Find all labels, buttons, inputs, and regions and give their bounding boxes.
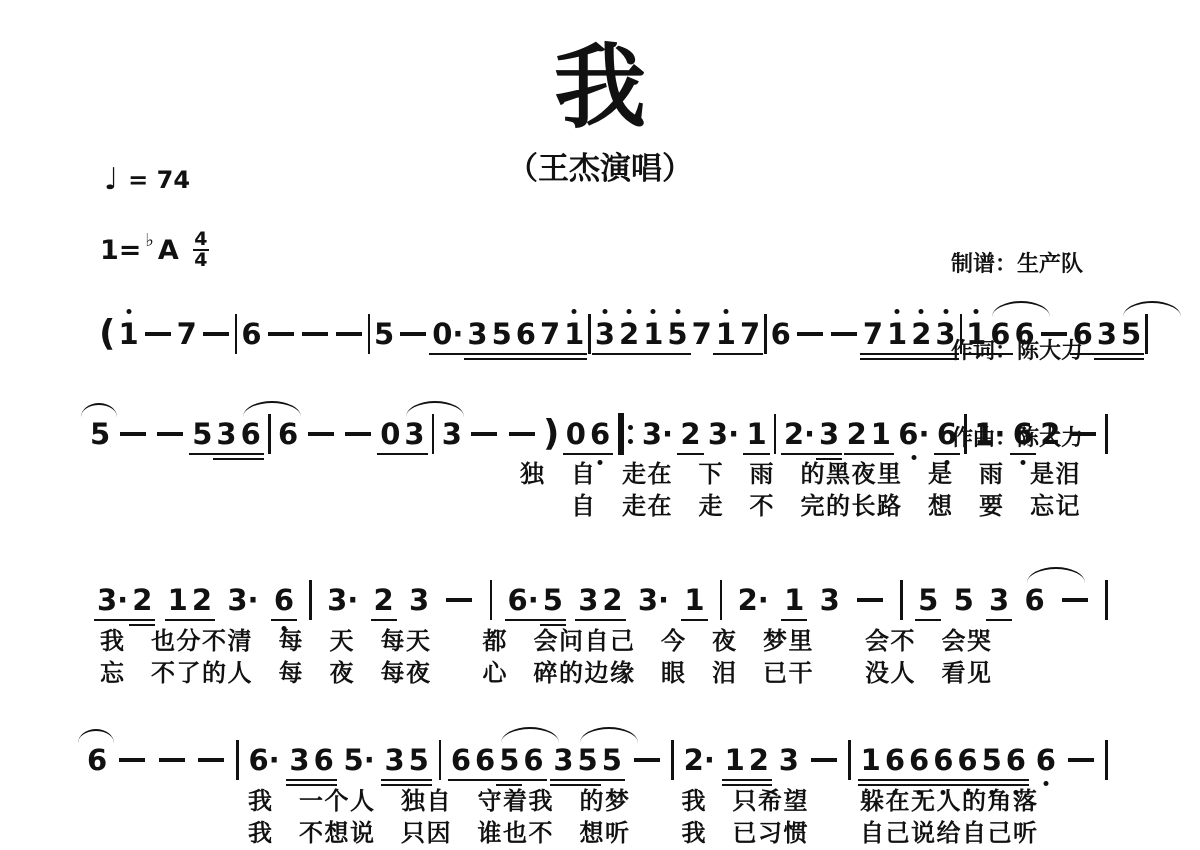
note: 2 bbox=[372, 583, 396, 617]
note: 1 bbox=[723, 743, 747, 777]
note-group: 6 bbox=[239, 317, 263, 351]
dash-note-icon bbox=[831, 332, 857, 336]
note: 6 bbox=[272, 583, 296, 617]
barline-icon bbox=[368, 314, 371, 354]
note: 3 bbox=[818, 583, 842, 617]
note: 5 bbox=[541, 583, 565, 617]
note: 3 bbox=[407, 583, 431, 617]
note: 6 bbox=[514, 317, 538, 351]
dash-note-icon bbox=[1070, 432, 1096, 436]
barline-icon bbox=[490, 580, 493, 620]
time-signature-beats: 4 bbox=[194, 231, 207, 248]
note-group: 3 bbox=[777, 743, 801, 777]
note-group: 2· bbox=[736, 583, 771, 617]
barline-icon bbox=[309, 580, 312, 620]
note: 2 bbox=[845, 417, 869, 451]
note: 0 bbox=[378, 417, 402, 451]
note-group: 1 bbox=[682, 583, 706, 617]
dash-note-icon bbox=[120, 432, 146, 436]
note-group bbox=[1066, 432, 1100, 436]
note: 1 bbox=[859, 743, 883, 777]
note-group: 3 bbox=[987, 583, 1011, 617]
note-group: 2·3 bbox=[782, 417, 841, 451]
note: 2 bbox=[747, 743, 771, 777]
note: 1 bbox=[166, 583, 190, 617]
note-group: 6 bbox=[1012, 317, 1036, 351]
octave-dot-above-icon bbox=[895, 309, 900, 314]
note: 5 bbox=[665, 317, 689, 351]
note-group: 6· bbox=[246, 743, 281, 777]
note: 6 bbox=[907, 743, 931, 777]
note: 3· bbox=[640, 417, 675, 451]
note-group: 1666656 bbox=[859, 743, 1028, 777]
note: 2 bbox=[1038, 417, 1062, 451]
dash-note-icon bbox=[308, 432, 334, 436]
barline-icon bbox=[964, 414, 967, 454]
note: 6 bbox=[449, 743, 473, 777]
dash-note-icon bbox=[446, 598, 472, 602]
note: 2· bbox=[736, 583, 771, 617]
music-line-2: 55366033)063·23·12·3216·61·62 bbox=[88, 412, 1110, 456]
note: 3 bbox=[440, 417, 464, 451]
music-line-1: (17650·35671321571767123166635 bbox=[98, 312, 1110, 356]
note: 1 bbox=[885, 317, 909, 351]
note-group: 12 bbox=[166, 583, 214, 617]
barline-icon bbox=[1145, 314, 1148, 354]
note-group: 6 bbox=[1011, 417, 1035, 451]
octave-dot-above-icon bbox=[126, 309, 131, 314]
note: 3 bbox=[1095, 317, 1119, 351]
dash-note-icon bbox=[509, 432, 535, 436]
note-group bbox=[153, 432, 187, 436]
note: 6· bbox=[896, 417, 931, 451]
dash-note-icon bbox=[159, 758, 185, 762]
note: 2· bbox=[682, 743, 717, 777]
note-group: 6· bbox=[896, 417, 931, 451]
note-group: 536 bbox=[190, 417, 263, 451]
barline-icon bbox=[900, 580, 903, 620]
barline-icon bbox=[1105, 740, 1108, 780]
key-scale: 1= bbox=[100, 235, 141, 266]
octave-dot-above-icon bbox=[723, 309, 728, 314]
barline-icon bbox=[588, 314, 591, 354]
tie-arc-icon bbox=[1123, 301, 1181, 317]
note: 6 bbox=[521, 743, 545, 777]
tie-arc-icon bbox=[501, 727, 559, 743]
song-title: 我 bbox=[0, 40, 1200, 137]
note-group: 6 bbox=[276, 417, 300, 451]
note-group: 3· bbox=[636, 583, 671, 617]
note-group: 17 bbox=[714, 317, 762, 351]
note: 3 bbox=[576, 583, 600, 617]
note-group bbox=[442, 598, 476, 602]
note: 6 bbox=[1071, 317, 1095, 351]
dash-note-icon bbox=[634, 758, 660, 762]
note: 6 bbox=[239, 417, 263, 451]
note: 1 bbox=[782, 583, 806, 617]
note: 6 bbox=[883, 743, 907, 777]
note: 2 bbox=[190, 583, 214, 617]
note-group bbox=[141, 332, 175, 336]
note-group bbox=[298, 332, 332, 336]
note: 3 bbox=[987, 583, 1011, 617]
note: 7 bbox=[861, 317, 885, 351]
tie-arc-icon bbox=[406, 401, 464, 417]
note: 3 bbox=[551, 743, 575, 777]
lyrics-line-4-verse-1: 我 一个人 独自 守着我 的梦 我 只希望 躲在无人的角落 bbox=[248, 786, 1039, 816]
note-group bbox=[898, 580, 905, 620]
barline-icon bbox=[764, 314, 767, 354]
note: 3 bbox=[777, 743, 801, 777]
note-group: 7123 bbox=[861, 317, 958, 351]
tie-arc-icon bbox=[580, 727, 638, 743]
note: 6 bbox=[1023, 583, 1047, 617]
note-group: ( bbox=[98, 316, 116, 352]
note-group: 32 bbox=[576, 583, 624, 617]
octave-dot-above-icon bbox=[572, 309, 577, 314]
note-group bbox=[199, 332, 233, 336]
note-group: 6 bbox=[1034, 743, 1058, 777]
note-group: 15 bbox=[641, 317, 689, 351]
lyrics-line-2-verse-2: 自 走在 走 不 完的长路 想 要 忘记 bbox=[520, 491, 1081, 521]
note: 5 bbox=[600, 743, 624, 777]
barline-icon bbox=[774, 414, 777, 454]
dash-note-icon bbox=[198, 758, 224, 762]
note: 6 bbox=[1004, 743, 1028, 777]
note-group bbox=[264, 332, 298, 336]
dash-note-icon bbox=[1068, 758, 1094, 762]
note: 6 bbox=[935, 417, 959, 451]
note: 6 bbox=[473, 743, 497, 777]
note: 1 bbox=[964, 317, 988, 351]
barline-icon bbox=[1105, 414, 1108, 454]
note: 6 bbox=[239, 317, 263, 351]
note: 2 bbox=[617, 317, 641, 351]
octave-dot-above-icon bbox=[943, 309, 948, 314]
dash-note-icon bbox=[203, 332, 229, 336]
note-group bbox=[437, 740, 444, 780]
octave-dot-below-icon bbox=[1043, 781, 1048, 786]
barline-icon bbox=[268, 414, 271, 454]
note: 3 bbox=[817, 417, 841, 451]
note-group bbox=[234, 740, 241, 780]
barline-icon bbox=[439, 740, 442, 780]
dash-note-icon bbox=[1041, 332, 1067, 336]
note-group: 1 bbox=[782, 583, 806, 617]
barline-icon bbox=[236, 740, 239, 780]
note-group bbox=[1103, 740, 1110, 780]
note: 2 bbox=[600, 583, 624, 617]
dash-note-icon bbox=[797, 332, 823, 336]
note-group: 6 bbox=[769, 317, 793, 351]
dash-note-icon bbox=[345, 432, 371, 436]
note-group: 16 bbox=[964, 317, 1012, 351]
note: 2 bbox=[130, 583, 154, 617]
note: 5 bbox=[88, 417, 112, 451]
dash-note-icon bbox=[302, 332, 328, 336]
note-group bbox=[115, 758, 149, 762]
note: 6 bbox=[1034, 743, 1058, 777]
sheet-music-page: 我 （王杰演唱） ♩ = 74 1=♭A 4 4 制谱：生产队 作词：陈大力 作… bbox=[0, 0, 1200, 850]
note: 5 bbox=[1119, 317, 1143, 351]
note: 1 bbox=[682, 583, 706, 617]
note: 3· bbox=[225, 583, 260, 617]
note: 6 bbox=[769, 317, 793, 351]
note-group: 3·2 bbox=[95, 583, 154, 617]
note-group bbox=[116, 432, 150, 436]
dash-note-icon bbox=[857, 598, 883, 602]
quarter-note-icon: ♩ bbox=[104, 165, 118, 195]
note: 1 bbox=[714, 317, 738, 351]
note: 3 bbox=[402, 417, 426, 451]
key-letter: A bbox=[158, 235, 179, 266]
note: 1 bbox=[116, 317, 140, 351]
note-group: 6·5 bbox=[506, 583, 565, 617]
note: 5 bbox=[952, 583, 976, 617]
note-group: 36 bbox=[287, 743, 335, 777]
tie-arc-icon bbox=[1027, 567, 1085, 583]
note-group: 6 bbox=[272, 583, 296, 617]
dash-note-icon bbox=[1062, 598, 1088, 602]
note-group bbox=[630, 758, 664, 762]
note: 7 bbox=[738, 317, 762, 351]
note: 3 bbox=[593, 317, 617, 351]
note: 1· bbox=[972, 417, 1007, 451]
music-line-4: 66·365·3566563552·12316666566 bbox=[85, 738, 1110, 782]
note: 3· bbox=[706, 417, 741, 451]
dash-note-icon bbox=[145, 332, 171, 336]
note-group bbox=[807, 758, 841, 762]
barline-icon bbox=[1105, 580, 1108, 620]
lyrics-line-3-verse-2: 忘 不了的人 每 夜 每夜 心 碎的边缘 眼 泪 已干 没人 看见 bbox=[100, 658, 993, 688]
note-group bbox=[307, 580, 314, 620]
note: 7 bbox=[538, 317, 562, 351]
lyrics-line-3-verse-1: 我 也分不清 每 天 每天 都 会问自己 今 夜 梦里 会不 会哭 bbox=[100, 626, 993, 656]
note-group bbox=[194, 758, 228, 762]
note-group bbox=[341, 432, 375, 436]
note: 6· bbox=[506, 583, 541, 617]
note-group: 3· bbox=[640, 417, 675, 451]
credit-arranger: 制谱：生产队 bbox=[951, 250, 1083, 279]
note: 5 bbox=[916, 583, 940, 617]
note-group: 06 bbox=[564, 417, 612, 451]
note: 3 bbox=[214, 417, 238, 451]
note-group bbox=[396, 332, 430, 336]
note-group: 6 bbox=[85, 743, 109, 777]
note-group: 6 bbox=[935, 417, 959, 451]
note-group: 2· bbox=[682, 743, 717, 777]
note-group bbox=[669, 740, 676, 780]
barline-icon bbox=[235, 314, 238, 354]
note-group: 35 bbox=[382, 743, 430, 777]
note-group: 635 bbox=[1071, 317, 1144, 351]
octave-dot-above-icon bbox=[651, 309, 656, 314]
note: 6 bbox=[85, 743, 109, 777]
note: 2 bbox=[909, 317, 933, 351]
note: 5 bbox=[372, 317, 396, 351]
note-group: 5 bbox=[372, 317, 396, 351]
note-group bbox=[772, 414, 779, 454]
note: 5 bbox=[980, 743, 1004, 777]
note-group bbox=[266, 414, 273, 454]
parenthesis-icon: ( bbox=[98, 316, 116, 352]
note-group: 2 bbox=[372, 583, 396, 617]
note: 3· bbox=[325, 583, 360, 617]
octave-dot-above-icon bbox=[974, 309, 979, 314]
note: 6 bbox=[931, 743, 955, 777]
note: 6· bbox=[246, 743, 281, 777]
barline-icon bbox=[848, 740, 851, 780]
note-group: 3 bbox=[818, 583, 842, 617]
repeat-start-icon bbox=[618, 413, 633, 455]
note-group bbox=[827, 332, 861, 336]
note: 2· bbox=[782, 417, 817, 451]
note: 7 bbox=[690, 317, 714, 351]
note-group: 355 bbox=[551, 743, 624, 777]
dash-note-icon bbox=[400, 332, 426, 336]
note-group bbox=[505, 432, 539, 436]
note-group bbox=[793, 332, 827, 336]
note: 3 bbox=[287, 743, 311, 777]
note: 6 bbox=[1011, 417, 1035, 451]
dash-note-icon bbox=[336, 332, 362, 336]
tie-arc-icon bbox=[78, 729, 114, 743]
 bbox=[618, 413, 624, 455]
note-group: 3· bbox=[325, 583, 360, 617]
octave-dot-above-icon bbox=[675, 309, 680, 314]
note-group bbox=[332, 332, 366, 336]
note: 0· bbox=[430, 317, 465, 351]
note-group: 7 bbox=[175, 317, 199, 351]
note: 0 bbox=[564, 417, 588, 451]
note-group bbox=[615, 413, 636, 455]
note-group: 12 bbox=[723, 743, 771, 777]
dash-note-icon bbox=[268, 332, 294, 336]
note-group: 6 bbox=[1023, 583, 1047, 617]
lyrics-line-2-verse-1: 独 自 走在 下 雨 的黑夜里 是 雨 是泪 bbox=[520, 459, 1081, 489]
note-group bbox=[430, 414, 437, 454]
note-group: 5 bbox=[88, 417, 112, 451]
note: 7 bbox=[175, 317, 199, 351]
note: 5 bbox=[190, 417, 214, 451]
note-group: 6656 bbox=[449, 743, 546, 777]
barline-icon bbox=[720, 580, 723, 620]
dash-note-icon bbox=[471, 432, 497, 436]
note-group bbox=[1064, 758, 1098, 762]
barline-icon bbox=[432, 414, 435, 454]
note-group: 3· bbox=[225, 583, 260, 617]
note-group: 2 bbox=[678, 417, 702, 451]
note-group bbox=[1037, 332, 1071, 336]
note-group: 1 bbox=[116, 317, 140, 351]
note-group bbox=[488, 580, 495, 620]
note-group: 21 bbox=[845, 417, 893, 451]
note-group: 03 bbox=[378, 417, 426, 451]
note: 3 bbox=[382, 743, 406, 777]
note-group bbox=[1058, 598, 1092, 602]
key-signature: 1=♭A 4 4 bbox=[100, 231, 209, 269]
note: 6 bbox=[276, 417, 300, 451]
note: 5· bbox=[342, 743, 377, 777]
tie-arc-icon bbox=[81, 403, 117, 417]
note-group bbox=[846, 740, 853, 780]
note-group: 0·35671 bbox=[430, 317, 586, 351]
note-group: 3 bbox=[407, 583, 431, 617]
note-group bbox=[1143, 314, 1150, 354]
note-group bbox=[467, 432, 501, 436]
parenthesis-icon: ) bbox=[542, 416, 560, 452]
 bbox=[628, 425, 633, 444]
note: 1 bbox=[562, 317, 586, 351]
note-group: 7 bbox=[690, 317, 714, 351]
time-signature-unit: 4 bbox=[194, 252, 207, 269]
note: 1 bbox=[641, 317, 665, 351]
octave-dot-above-icon bbox=[602, 309, 607, 314]
flat-icon: ♭ bbox=[145, 230, 154, 251]
octave-dot-above-icon bbox=[919, 309, 924, 314]
tempo-value: = 74 bbox=[128, 166, 190, 194]
note-group: 5 bbox=[952, 583, 976, 617]
note: 5 bbox=[576, 743, 600, 777]
note-group: 5 bbox=[916, 583, 940, 617]
dash-note-icon bbox=[157, 432, 183, 436]
note: 6 bbox=[988, 317, 1012, 351]
note: 3 bbox=[933, 317, 957, 351]
note: 2 bbox=[678, 417, 702, 451]
note-group bbox=[1103, 414, 1110, 454]
tempo-marking: ♩ = 74 bbox=[104, 165, 190, 195]
tie-arc-icon bbox=[243, 401, 301, 417]
music-line-3: 3·2123·63·236·5323·12·135536 bbox=[95, 578, 1110, 622]
note-group: 32 bbox=[593, 317, 641, 351]
note-group: ) bbox=[542, 416, 560, 452]
note-group bbox=[962, 414, 969, 454]
note: 1 bbox=[744, 417, 768, 451]
note-group: 1 bbox=[744, 417, 768, 451]
note: 6 bbox=[312, 743, 336, 777]
note-group: 1· bbox=[972, 417, 1007, 451]
note: 3· bbox=[636, 583, 671, 617]
note-group: 3 bbox=[440, 417, 464, 451]
note: 5 bbox=[407, 743, 431, 777]
barline-icon bbox=[671, 740, 674, 780]
note: 1 bbox=[869, 417, 893, 451]
note-group: 5· bbox=[342, 743, 377, 777]
note-group bbox=[155, 758, 189, 762]
dash-note-icon bbox=[811, 758, 837, 762]
note: 5 bbox=[497, 743, 521, 777]
time-signature: 4 4 bbox=[193, 231, 209, 269]
note: 3 bbox=[465, 317, 489, 351]
note-group bbox=[1103, 580, 1110, 620]
note-group: 2 bbox=[1038, 417, 1062, 451]
note: 3· bbox=[95, 583, 130, 617]
note-group bbox=[304, 432, 338, 436]
barline-icon bbox=[960, 314, 963, 354]
note-group bbox=[853, 598, 887, 602]
dash-note-icon bbox=[119, 758, 145, 762]
note: 6 bbox=[955, 743, 979, 777]
octave-dot-above-icon bbox=[627, 309, 632, 314]
note: 6 bbox=[1012, 317, 1036, 351]
note-group: 3· bbox=[706, 417, 741, 451]
note-group bbox=[718, 580, 725, 620]
note: 6 bbox=[588, 417, 612, 451]
note: 5 bbox=[490, 317, 514, 351]
lyrics-line-4-verse-2: 我 不想说 只因 谁也不 想听 我 已习惯 自己说给自己听 bbox=[248, 818, 1039, 848]
